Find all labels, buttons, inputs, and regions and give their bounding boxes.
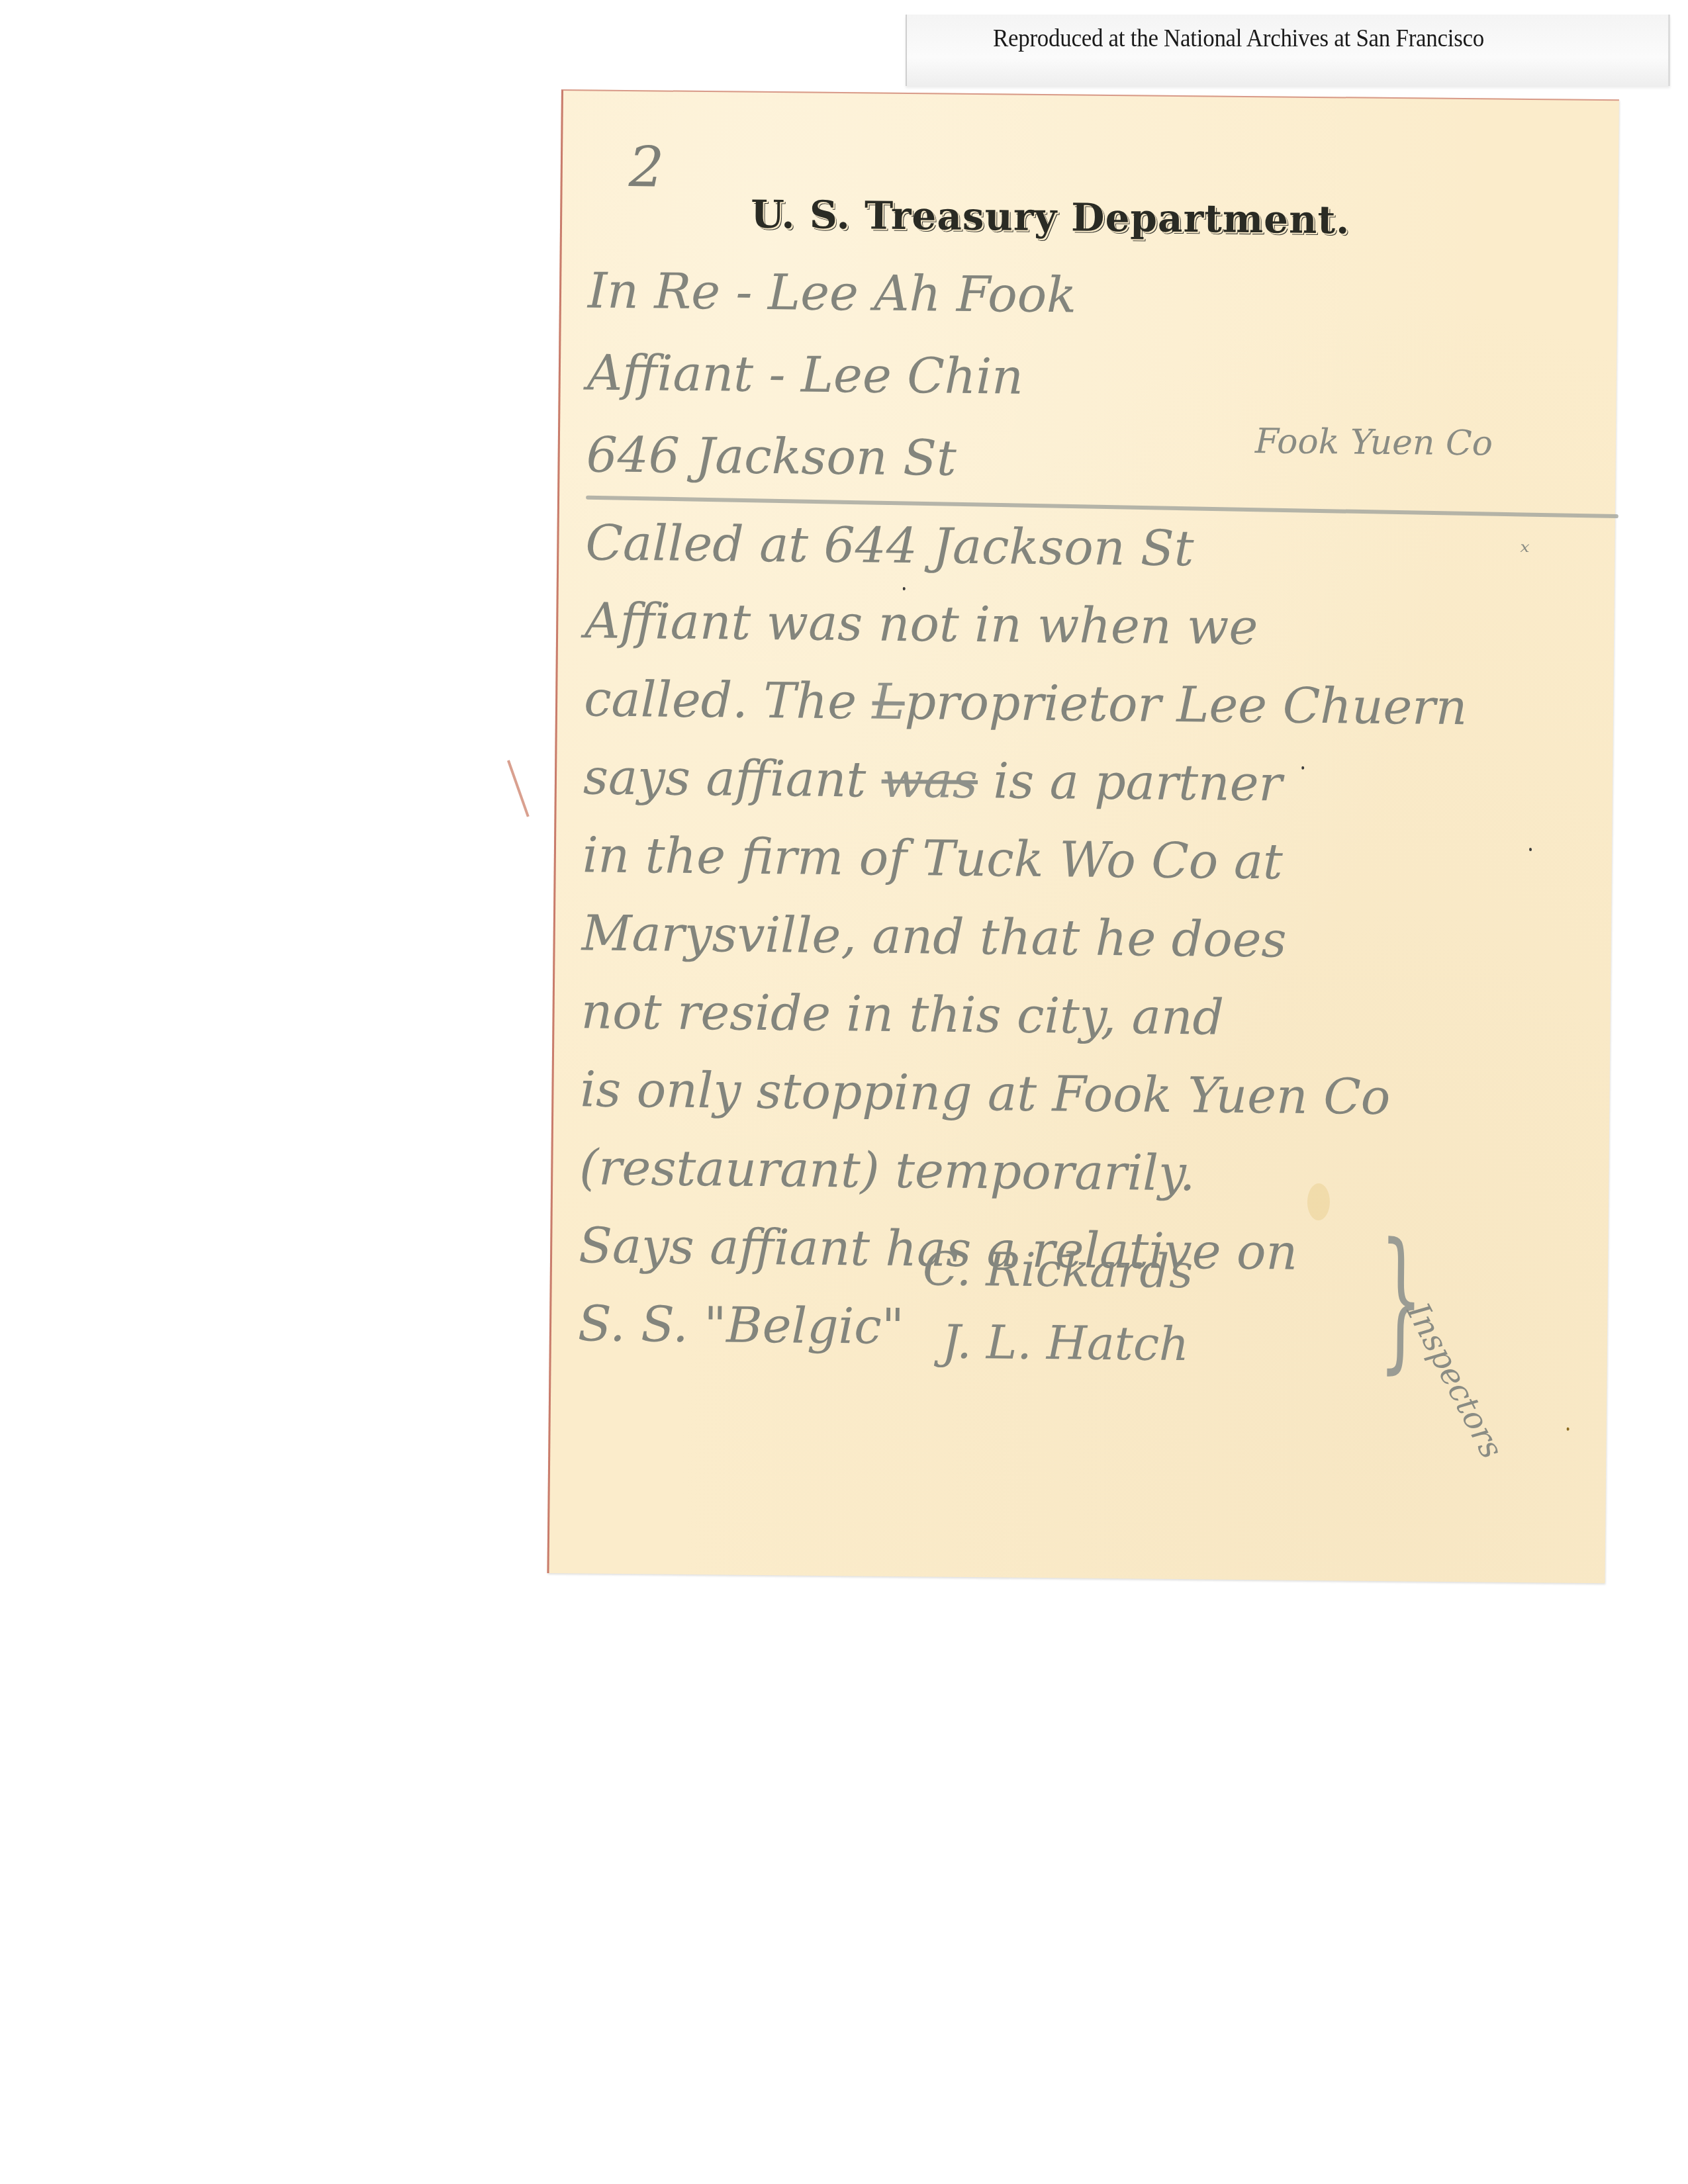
paper-speck — [1301, 766, 1304, 770]
letterhead-title: U. S. Treasury Department. — [751, 192, 1350, 243]
body-text: is a partner — [978, 752, 1283, 812]
body-line: (restaurant) temporarily. — [579, 1128, 1599, 1216]
body-text: proprietor Lee Chuern — [904, 674, 1467, 736]
body-line: Affiant was not in when we — [585, 582, 1605, 670]
body-line: is only stopping at Fook Yuen Co — [580, 1050, 1600, 1138]
document-card: 2 U. S. Treasury Department. In Re - Lee… — [547, 89, 1618, 1583]
handwritten-body: In Re - Lee Ah Fook Affiant - Lee Chin 6… — [578, 250, 1608, 1373]
header-line-in-re: In Re - Lee Ah Fook — [587, 250, 1607, 341]
signature-rickards: C. Rickards — [922, 1232, 1193, 1308]
paper-speck — [903, 587, 906, 590]
body-line: called. The Lproprietor Lee Chuern — [584, 660, 1604, 748]
body-line: Marysville, and that he does — [581, 894, 1601, 982]
body-text: says affiant — [583, 749, 882, 808]
body-text: called. The — [584, 670, 872, 730]
struck-text: was — [881, 752, 978, 809]
body-line: in the firm of Tuck Wo Co at — [582, 816, 1602, 904]
paper-speck — [1567, 1428, 1570, 1431]
body-line: says affiant was is a partner — [583, 738, 1603, 826]
signature-hatch: J. L. Hatch — [941, 1306, 1192, 1381]
struck-text: L — [872, 674, 905, 731]
page-number: 2 — [628, 134, 664, 200]
interlinear-insert: Fook Yuen Co — [1255, 422, 1493, 463]
archive-stamp-text: Reproduced at the National Archives at S… — [993, 24, 1484, 53]
header-line-affiant: Affiant - Lee Chin — [586, 332, 1607, 424]
body-line: Called at 644 Jackson St — [585, 504, 1605, 592]
brace-icon: } — [1378, 1224, 1423, 1377]
torn-edge-fragment — [507, 760, 530, 817]
insertion-caret-icon: ˣ — [1520, 537, 1530, 567]
paper-speck — [1529, 848, 1532, 851]
signature-block: C. Rickards J. L. Hatch — [921, 1232, 1193, 1381]
archive-stamp: Reproduced at the National Archives at S… — [906, 15, 1670, 86]
body-line: not reside in this city, and — [581, 972, 1601, 1060]
